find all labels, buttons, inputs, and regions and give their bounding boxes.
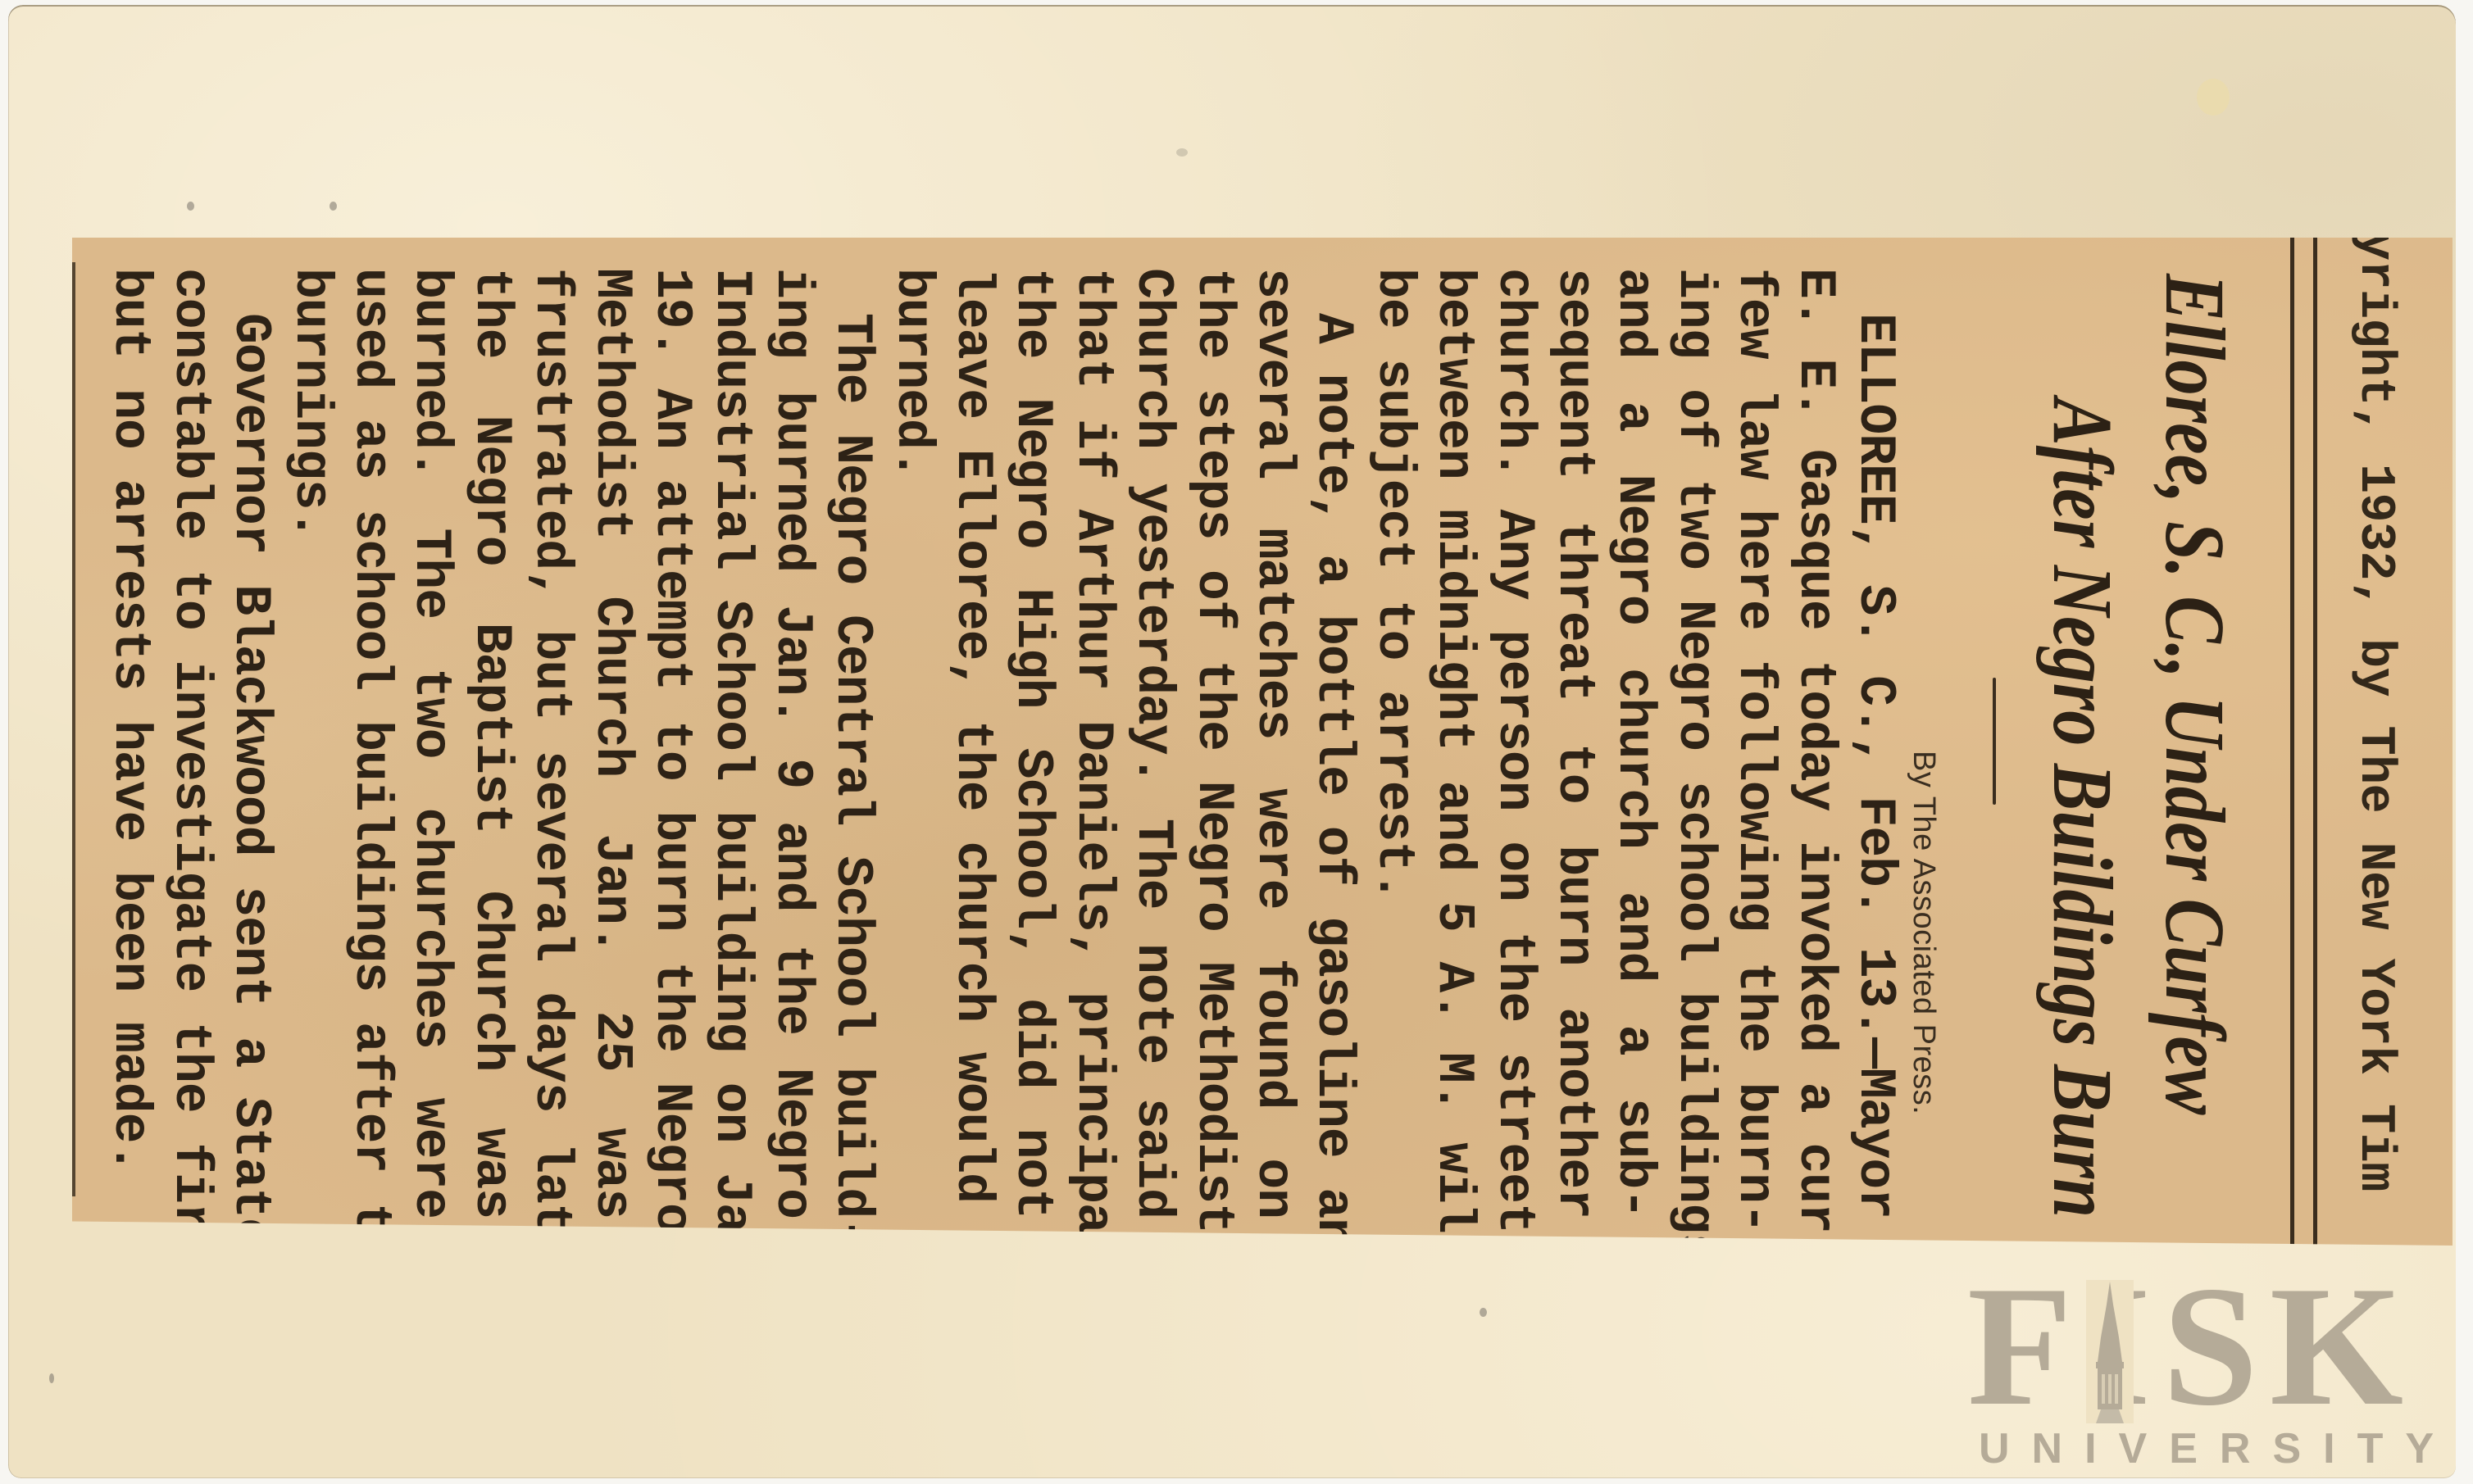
watermark-title: FISK: [1967, 1268, 2410, 1424]
article-line: that if Arthur Daniels, principal of: [1063, 268, 1123, 1219]
byline: By The Associated Press.: [1906, 751, 1942, 1114]
article-line: the steps of the Negro Methodist: [1184, 268, 1243, 1219]
stain: [2197, 79, 2230, 116]
article-line: the Negro Baptist Church was: [461, 268, 521, 1219]
article-line: ELLOREE, S. C., Feb. 13.—Mayor: [1845, 313, 1905, 1219]
article-line: church. Any person on the streets: [1484, 268, 1544, 1219]
article-line: and a Negro church and a sub-: [1604, 268, 1664, 1219]
article-line: be subject to arrest.: [1364, 268, 1424, 1219]
article-line: Governor Blackwood sent a State: [220, 313, 280, 1219]
article-line: few law here following the burn-: [1725, 268, 1784, 1219]
double-rule-bottom: [2290, 238, 2294, 1246]
double-rule-top: [2313, 238, 2317, 1246]
article-line: constable to investigate the fires,: [161, 268, 220, 1219]
newspaper-clipping: yright, 1932, by The New York Tim Ellore…: [72, 238, 2453, 1246]
article-line: between midnight and 5 A. M. will: [1424, 268, 1484, 1219]
watermark-subtitle: UNIVERSITY: [1979, 1424, 2410, 1473]
headline-separator: [1993, 678, 1996, 805]
article-line: sequent threat to burn another: [1544, 268, 1604, 1219]
speck: [49, 1373, 54, 1383]
headline-line-2: After Negro Buildings Burn: [2039, 398, 2125, 1218]
article-line: Industrial School building on Jan.: [702, 268, 761, 1219]
article-line: A note, a bottle of gasoline and: [1303, 313, 1363, 1219]
bell-tower-icon: [2086, 1280, 2134, 1423]
headline-line-1: Elloree, S. C., Under Curfew: [2152, 274, 2237, 1114]
article-line: Methodist Church Jan. 25 was: [582, 268, 642, 1219]
pin-hole: [187, 202, 194, 211]
article-line: burned. The two churches were: [401, 268, 461, 1219]
article-line: several matches were found on: [1243, 268, 1303, 1219]
fisk-university-watermark: FISK UNIVERSITY: [1967, 1268, 2410, 1473]
article-line: The Negro Central School build-: [822, 313, 882, 1219]
pin-hole: [1176, 148, 1188, 157]
article-line: but no arrests have been made.: [100, 268, 160, 1219]
article-line: E. E. Gasque today invoked a cur-: [1785, 268, 1845, 1219]
article-line: leave Elloree, the church would be: [943, 268, 1002, 1219]
column-rule: [72, 262, 75, 1196]
article-line: 19. An attempt to burn the Negro: [642, 268, 702, 1219]
article-line: ing burned Jan. 9 and the Negro: [762, 268, 822, 1219]
article-line: burnings.: [281, 268, 341, 1219]
article-line: used as school buildings after the: [341, 268, 401, 1219]
copyright-line: yright, 1932, by The New York Tim: [2348, 238, 2402, 1191]
pin-hole: [330, 202, 337, 211]
pin-hole: [1480, 1308, 1487, 1317]
article-line: Church yesterday. The note said: [1123, 268, 1183, 1219]
article-line: ing of two Negro school buildings: [1665, 268, 1725, 1219]
article-line: the Negro High School, did not: [1002, 268, 1062, 1219]
article-line: frustrated, but several days later: [521, 268, 581, 1219]
article-line: burned.: [883, 268, 943, 1219]
